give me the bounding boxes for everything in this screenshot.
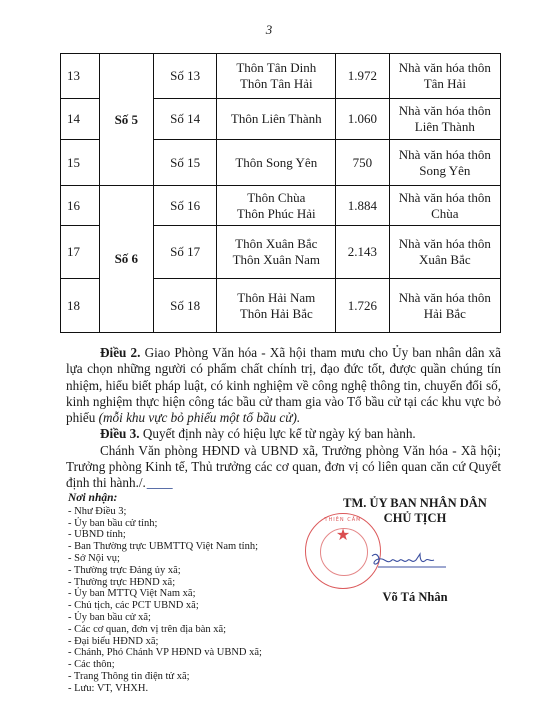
polling-place: Nhà văn hóa thônTân Hải (389, 54, 500, 99)
recipient-item: - Ban Thường trực UBMTTQ Việt Nam tỉnh; (68, 541, 308, 553)
polling-area: Số 17 (153, 226, 217, 279)
villages: Thôn Liên Thành (217, 99, 336, 140)
article-3: Điều 3. Quyết định này có hiệu lực kể từ… (66, 426, 501, 442)
recipient-item: - Đại biểu HĐND xã; (68, 636, 308, 648)
closing-text: Chánh Văn phòng HĐND và UBND xã, Trưởng … (66, 443, 501, 491)
article-3-text: Quyết định này có hiệu lực kể từ ngày ký… (140, 426, 416, 441)
polling-area: Số 18 (153, 279, 217, 333)
recipient-item: - UBND tỉnh; (68, 529, 308, 541)
recipient-item: - Thường trực Đảng ủy xã; (68, 565, 308, 577)
polling-area: Số 13 (153, 54, 217, 99)
polling-place-line: Nhà văn hóa thôn (392, 147, 498, 163)
villages-line: Thôn Phúc Hải (219, 206, 333, 222)
recipient-item: - Các thôn; (68, 659, 308, 671)
recipient-item: - Lưu: VT, VHXH. (68, 683, 308, 695)
row-number: 14 (61, 99, 100, 140)
polling-place: Nhà văn hóa thônXuân Bắc (389, 226, 500, 279)
recipient-item: - Ủy ban bầu cử tỉnh; (68, 518, 308, 530)
page-number: 3 (0, 22, 538, 38)
closing-paragraph: Chánh Văn phòng HĐND và UBND xã, Trưởng … (66, 443, 501, 492)
villages-line: Thôn Hải Bắc (219, 306, 333, 322)
recipients-list: Nơi nhận: - Như Điều 3;- Ủy ban bầu cử t… (68, 493, 308, 695)
recipients-title: Nơi nhận: (68, 493, 308, 505)
recipient-item: - Ủy ban MTTQ Việt Nam xã; (68, 588, 308, 600)
voter-count: 1.972 (336, 54, 390, 99)
polling-place-line: Xuân Bắc (392, 252, 498, 268)
recipient-item: - Chánh, Phó Chánh VP HĐND và UBND xã; (68, 647, 308, 659)
villages: Thôn Tân DinhThôn Tân Hải (217, 54, 336, 99)
recipient-item: - Thường trực HĐND xã; (68, 577, 308, 589)
polling-place-line: Liên Thành (392, 119, 498, 135)
villages-line: Thôn Song Yên (219, 155, 333, 171)
decision-body: Điều 2. Giao Phòng Văn hóa - Xã hội tham… (66, 345, 501, 492)
polling-place-line: Nhà văn hóa thôn (392, 60, 498, 76)
villages-line: Thôn Tân Dinh (219, 60, 333, 76)
voter-count: 1.884 (336, 186, 390, 226)
villages-line: Thôn Hải Nam (219, 290, 333, 306)
table-row: 16Số 6Số 16Thôn ChùaThôn Phúc Hải1.884Nh… (61, 186, 501, 226)
voter-count: 1.060 (336, 99, 390, 140)
villages: Thôn Xuân BắcThôn Xuân Nam (217, 226, 336, 279)
recipient-item: - Các cơ quan, đơn vị trên địa bàn xã; (68, 624, 308, 636)
villages-line: Thôn Xuân Nam (219, 252, 333, 268)
polling-place-line: Nhà văn hóa thôn (392, 236, 498, 252)
row-number: 18 (61, 279, 100, 333)
voter-count: 750 (336, 140, 390, 186)
recipient-item: - Chủ tịch, các PCT UBND xã; (68, 600, 308, 612)
article-3-label: Điều 3. (100, 426, 140, 441)
polling-place: Nhà văn hóa thônChùa (389, 186, 500, 226)
polling-place: Nhà văn hóa thônHải Bắc (389, 279, 500, 333)
recipient-item: - Như Điều 3; (68, 506, 308, 518)
table-row: 13Số 5Số 13Thôn Tân DinhThôn Tân Hải1.97… (61, 54, 501, 99)
polling-place-line: Hải Bắc (392, 306, 498, 322)
article-2: Điều 2. Giao Phòng Văn hóa - Xã hội tham… (66, 345, 501, 426)
villages: Thôn Hải NamThôn Hải Bắc (217, 279, 336, 333)
signer-org: TM. ỦY BAN NHÂN DÂN (300, 496, 530, 511)
handwritten-signature-icon (368, 548, 448, 572)
polling-place: Nhà văn hóa thônSong Yên (389, 140, 500, 186)
villages: Thôn Song Yên (217, 140, 336, 186)
signer-name: Võ Tá Nhân (300, 590, 530, 605)
recipient-item: - Trang Thông tin điện tử xã; (68, 671, 308, 683)
polling-place-line: Chùa (392, 206, 498, 222)
article-2-note: (mỗi khu vực bỏ phiếu một tổ bầu cử). (99, 410, 301, 425)
polling-place-line: Nhà văn hóa thôn (392, 103, 498, 119)
recipient-item: - Sở Nội vụ; (68, 553, 308, 565)
villages: Thôn ChùaThôn Phúc Hải (217, 186, 336, 226)
voter-count: 2.143 (336, 226, 390, 279)
row-number: 15 (61, 140, 100, 186)
villages-line: Thôn Tân Hải (219, 76, 333, 92)
article-2-label: Điều 2. (100, 345, 140, 360)
initials-mark-icon (146, 480, 177, 489)
villages-line: Thôn Chùa (219, 190, 333, 206)
polling-place-line: Tân Hải (392, 76, 498, 92)
polling-area: Số 15 (153, 140, 217, 186)
signer-title: CHỦ TỊCH (300, 511, 530, 526)
group-label: Số 6 (99, 186, 153, 333)
polling-area: Số 14 (153, 99, 217, 140)
row-number: 13 (61, 54, 100, 99)
polling-place: Nhà văn hóa thônLiên Thành (389, 99, 500, 140)
signature-block: TM. ỦY BAN NHÂN DÂN CHỦ TỊCH (300, 496, 530, 526)
polling-place-line: Nhà văn hóa thôn (392, 290, 498, 306)
seal-star-icon: ★ (306, 528, 380, 544)
row-number: 16 (61, 186, 100, 226)
polling-area-table: 13Số 5Số 13Thôn Tân DinhThôn Tân Hải1.97… (60, 53, 501, 333)
polling-place-line: Song Yên (392, 163, 498, 179)
villages-line: Thôn Liên Thành (219, 111, 333, 127)
row-number: 17 (61, 226, 100, 279)
polling-place-line: Nhà văn hóa thôn (392, 190, 498, 206)
recipient-item: - Ủy ban bầu cử xã; (68, 612, 308, 624)
group-label: Số 5 (99, 54, 153, 186)
polling-area: Số 16 (153, 186, 217, 226)
voter-count: 1.726 (336, 279, 390, 333)
villages-line: Thôn Xuân Bắc (219, 236, 333, 252)
